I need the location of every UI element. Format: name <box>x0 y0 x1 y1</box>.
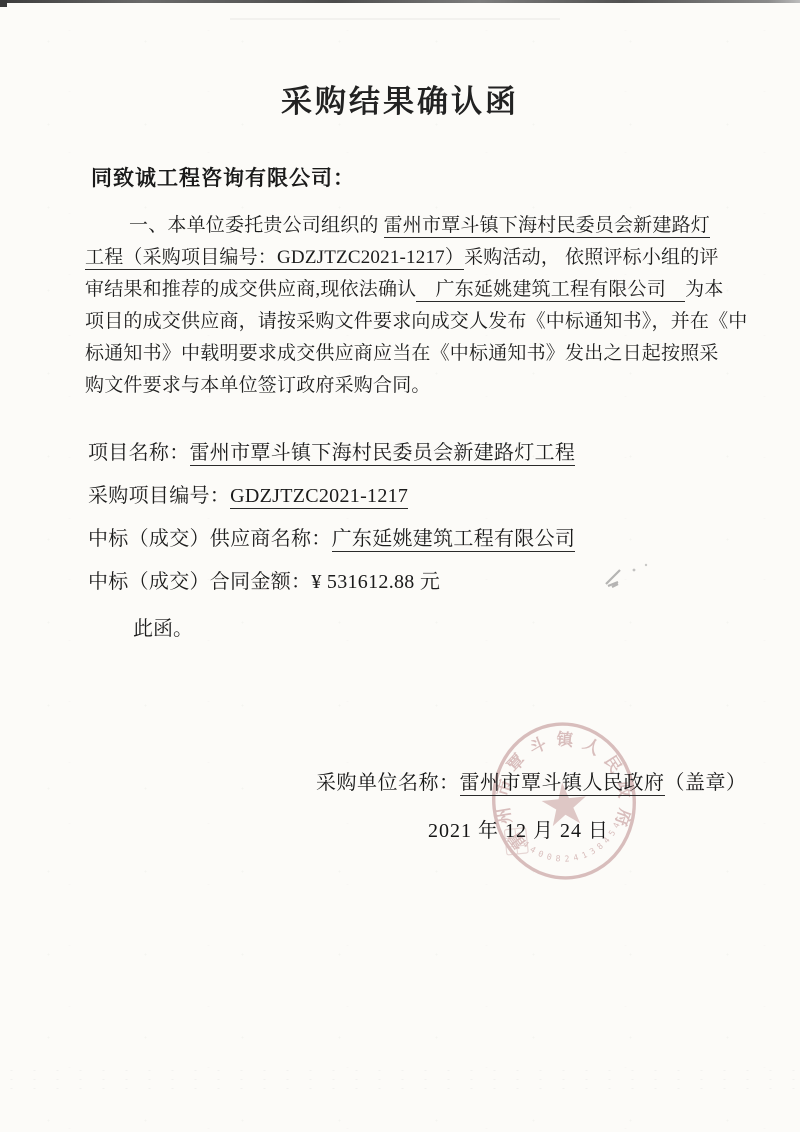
body-text-segment: 采购活动， 依照评标小组的评 <box>464 247 719 268</box>
scanned-document-page: 采购结果确认函 同致诚工程咨询有限公司： 一、本单位委托贵公司组织的 雷州市覃斗… <box>0 0 800 1132</box>
body-line: 工程（采购项目编号：GDZJTZC2021-1217）采购活动， 依照评标小组的… <box>85 242 721 274</box>
body-text-segment: 审结果和推荐的成交供应商,现依法确认 <box>85 279 416 300</box>
body-line: 购文件要求与本单位签订政府采购合同。 <box>85 370 721 402</box>
body-text-segment: 雷州市覃斗镇下海村民委员会新建路灯 <box>384 215 710 238</box>
detail-row-project-number: 采购项目编号：GDZJTZC2021-1217 <box>88 479 728 522</box>
closing-text: 此函。 <box>133 612 193 641</box>
detail-label: 中标（成交）合同金额： <box>88 571 311 593</box>
detail-row-project-name: 项目名称：雷州市覃斗镇下海村民委员会新建路灯工程 <box>88 436 728 479</box>
detail-value: 雷州市覃斗镇下海村民委员会新建路灯工程 <box>190 442 576 466</box>
detail-value: GDZJTZC2021-1217 <box>230 485 408 509</box>
body-paragraph: 一、本单位委托贵公司组织的 雷州市覃斗镇下海村民委员会新建路灯 工程（采购项目编… <box>85 210 721 402</box>
official-seal: 雷州市覃斗镇人民政府 4400824138454 <box>478 708 651 893</box>
scan-edge-artifact <box>0 0 800 3</box>
body-line: 审结果和推荐的成交供应商,现依法确认 广东延姚建筑工程有限公司 为本 <box>85 274 721 306</box>
purchaser-label: 采购单位名称： <box>316 772 460 794</box>
date-line: 2021 年 12 月 24 日 <box>428 814 609 843</box>
body-text-segment: 工程（采购项目编号：GDZJTZC2021-1217） <box>85 247 464 270</box>
body-text-segment: 购文件要求与本单位签订政府采购合同。 <box>85 375 431 396</box>
pencil-smudge-artifact <box>598 560 658 594</box>
seal-here-suffix: （盖章） <box>665 772 747 794</box>
scan-noise-artifact <box>0 1066 800 1092</box>
body-text-segment: 为本 <box>685 279 723 300</box>
scan-corner-artifact <box>0 0 7 7</box>
detail-label: 中标（成交）供应商名称： <box>88 528 332 550</box>
document-title: 采购结果确认函 <box>0 76 800 121</box>
detail-row-supplier-name: 中标（成交）供应商名称：广东延姚建筑工程有限公司 <box>88 522 728 565</box>
detail-value: ¥ 531612.88 元 <box>311 571 440 593</box>
scan-streak-artifact <box>230 18 560 20</box>
body-text-segment: 项目的成交供应商，请按采购文件要求向成交人发布《中标通知书》，并在《中 <box>85 311 748 332</box>
detail-label: 项目名称： <box>88 442 190 464</box>
body-line: 项目的成交供应商，请按采购文件要求向成交人发布《中标通知书》，并在《中 <box>85 306 721 338</box>
purchaser-org: 雷州市覃斗镇人民政府 <box>460 772 665 796</box>
body-line: 一、本单位委托贵公司组织的 雷州市覃斗镇下海村民委员会新建路灯 <box>85 210 721 242</box>
body-line: 标通知书》中载明要求成交供应商应当在《中标通知书》发出之日起按照采 <box>85 338 721 370</box>
purchaser-name-line: 采购单位名称：雷州市覃斗镇人民政府（盖章） <box>316 766 747 795</box>
body-text-segment: 一、本单位委托贵公司组织的 <box>129 215 384 236</box>
detail-value: 广东延姚建筑工程有限公司 <box>332 528 576 552</box>
body-text-segment: 标通知书》中载明要求成交供应商应当在《中标通知书》发出之日起按照采 <box>85 343 719 364</box>
salutation: 同致诚工程咨询有限公司： <box>91 162 355 192</box>
detail-label: 采购项目编号： <box>88 485 230 507</box>
body-text-segment: 广东延姚建筑工程有限公司 <box>416 279 685 302</box>
